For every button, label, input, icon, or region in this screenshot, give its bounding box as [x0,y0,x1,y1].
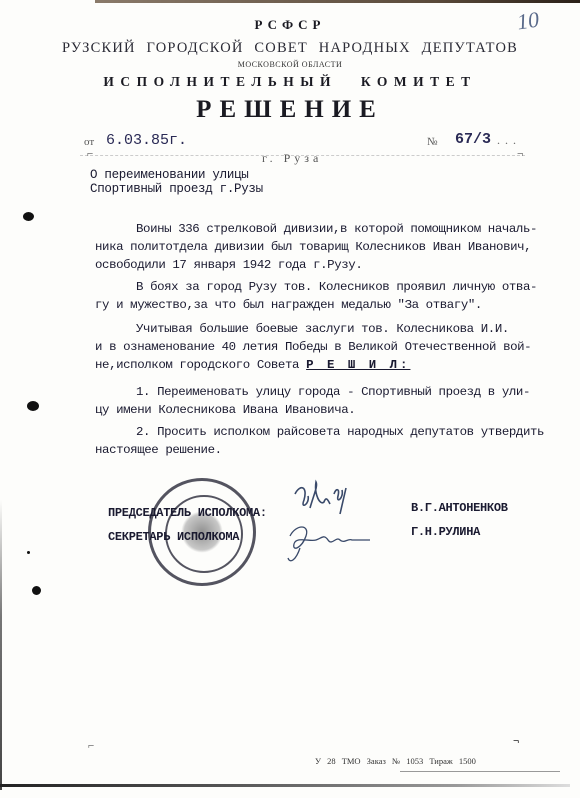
chair-name: В.Г.АНТОНЕНКОВ [411,501,508,515]
republic-heading: РСФСР [0,17,580,33]
paragraph-3-line-1: Учитывая большие боевые заслуги тов. Кол… [136,322,509,336]
document-title: РЕШЕНИЕ [0,96,580,124]
ink-blot [27,401,39,411]
paragraph-1-line-1: Воины 336 стрелковой дивизии,в которой п… [136,222,537,236]
handwritten-signatures [280,474,380,574]
paragraph-3-line-2: и в ознаменование 40 летия Победы в Вели… [95,340,531,354]
paragraph-1-line-3: освободили 17 января 1942 года г.Рузу. [95,258,362,272]
scan-bottom-edge [0,784,570,787]
item-2-line-2: настоящее решение. [95,443,222,457]
footer-rule [400,771,560,772]
region-heading: МОСКОВСКОЙ ОБЛАСТИ [0,60,580,69]
paragraph-2-line-2: гу и мужество,за что был награжден медал… [95,298,482,312]
decided-heading: Р Е Ш И Л: [306,358,410,372]
city-label: г. Руза [262,151,322,166]
ink-blot [32,586,41,595]
subject-line-1: О переименовании улицы [90,168,248,182]
corner-mark-bottom-left: ⌐ [88,740,94,752]
paragraph-1-line-2: ника политотдела дивизии был товарищ Кол… [95,240,531,254]
item-1-line-1: 1. Переименовать улицу города - Спортивн… [136,385,530,399]
item-1-line-2: цу имени Колесникова Ивана Ивановича. [95,403,355,417]
scan-top-edge [95,0,580,3]
paragraph-3-text: не,исполком городского Совета [95,358,299,372]
subject-line-2: Спортивный проезд г.Рузы [90,182,263,196]
secretary-title: СЕКРЕТАРЬ ИСПОЛКОМА [108,530,239,544]
scan-left-edge [0,500,2,790]
date-label: от [84,136,94,148]
corner-mark-bottom-right: ¬ [513,735,519,747]
ink-blot [23,212,34,221]
document-number: 67/3 [455,131,491,148]
paragraph-2-line-1: В боях за город Рузу тов. Колесников про… [136,280,537,294]
corner-mark-right: ¬ [517,148,523,160]
secretary-name: Г.Н.РУЛИНА [411,525,480,539]
item-2-line-1: 2. Просить исполком райсовета народных д… [136,425,544,439]
chair-title: ПРЕДСЕДАТЕЛЬ ИСПОЛКОМА: [108,506,267,520]
corner-mark-left: ⌐ [87,148,93,160]
print-info: У 28 ТМО Заказ № 1053 Тираж 1500 [315,756,476,766]
number-label: № [427,136,438,148]
committee-heading: ИСПОЛНИТЕЛЬНЫЙ КОМИТЕТ [0,74,580,90]
council-heading: РУЗСКИЙ ГОРОДСКОЙ СОВЕТ НАРОДНЫХ ДЕПУТАТ… [0,40,580,57]
document-date: 6.03.85г. [106,132,187,149]
paragraph-3-line-3: не,исполком городского Совета Р Е Ш И Л: [95,358,410,372]
number-trailing: ... [497,133,521,148]
ink-blot [27,551,30,554]
